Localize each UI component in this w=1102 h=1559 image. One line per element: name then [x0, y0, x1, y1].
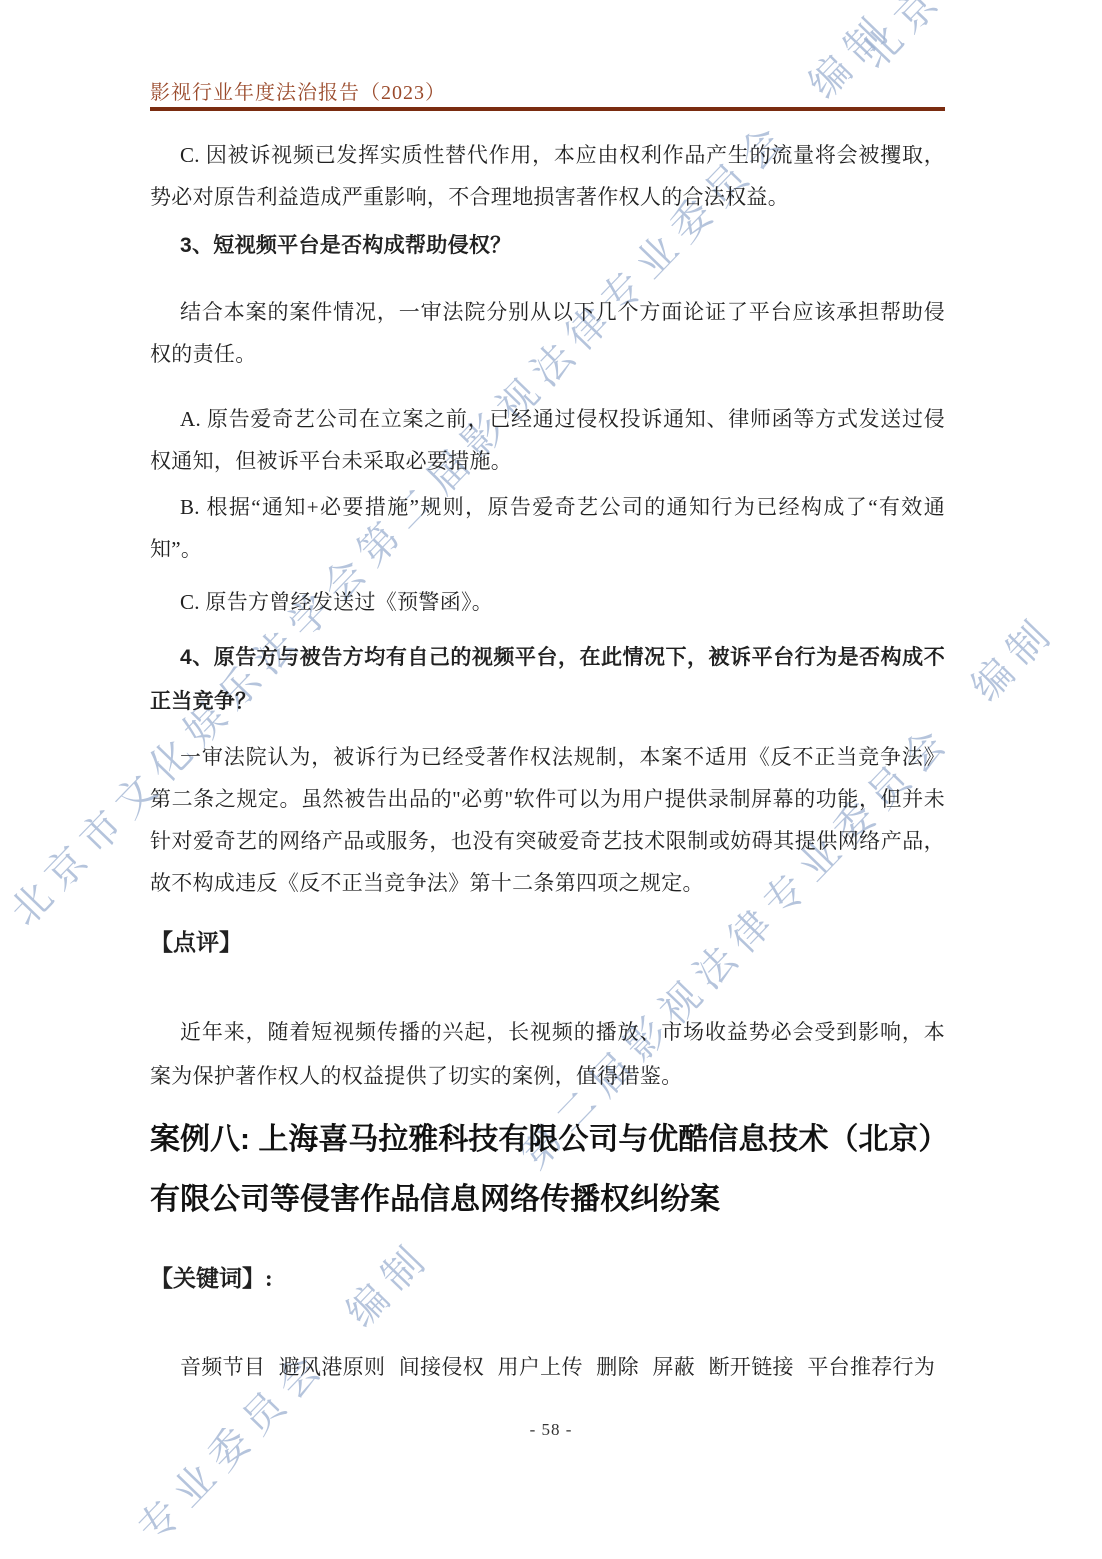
- paragraph-point-b: B. 根据“通知+必要措施”规则，原告爱奇艺公司的通知行为已经构成了“有效通知”…: [150, 486, 945, 570]
- paragraph-substitution-effect: C. 因被诉视频已发挥实质性替代作用，本应由权利作品产生的流量将会被攫取，势必对…: [150, 134, 945, 218]
- header-rule: [150, 107, 945, 111]
- watermark-line: 北京市文化娱: [851, 0, 1094, 79]
- paragraph-point-c: C. 原告方曾经发送过《预警函》。: [150, 581, 945, 623]
- paragraph-q4-analysis: 一审法院认为，被诉行为已经受著作权法规制，本案不适用《反不正当竞争法》第二条之规…: [150, 736, 945, 904]
- paragraph-q3-intro: 结合本案的案件情况，一审法院分别从以下几个方面论证了平台应该承担帮助侵权的责任。: [150, 291, 945, 375]
- keywords-label: 【关键词】:: [150, 1264, 273, 1294]
- page-number: - 58 -: [0, 1420, 1102, 1440]
- section-heading-q3: 3、短视频平台是否构成帮助侵权？: [150, 231, 945, 261]
- paragraph-point-a: A. 原告爱奇艺公司在立案之前，已经通过侵权投诉通知、律师函等方式发送过侵权通知…: [150, 398, 945, 482]
- report-header-title: 影视行业年度法治报告（2023）: [150, 76, 446, 105]
- paragraph-comment: 近年来，随着短视频传播的兴起，长视频的播放、市场收益势必会受到影响，本案为保护著…: [150, 1010, 945, 1098]
- section-heading-q4: 4、原告方与被告方均有自己的视频平台，在此情况下，被诉平台行为是否构成不正当竞争…: [150, 636, 945, 724]
- case-title-line2: 有限公司等侵害作品信息网络传播权纠纷案: [150, 1182, 720, 1218]
- keywords-list: 音频节目 避风港原则 间接侵权 用户上传 删除 屏蔽 断开链接 平台推荐行为: [150, 1346, 945, 1388]
- comment-label: 【点评】: [150, 928, 242, 958]
- case-title-line1: 案例八: 上海喜马拉雅科技有限公司与优酷信息技术（北京）: [150, 1122, 948, 1158]
- document-page: 北京市文化娱乐法学会第二届影视法律专业委员会 编制 北京市文化娱 专业委员会 编…: [0, 0, 1102, 1559]
